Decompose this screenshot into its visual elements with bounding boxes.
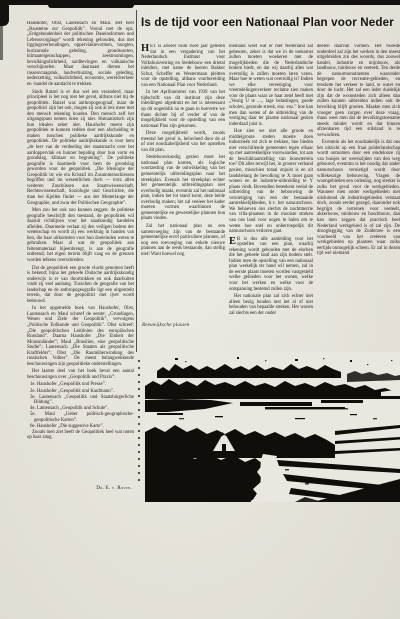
article-paragraph: Het nationale plan zal zich echter niet …: [229, 294, 313, 316]
article-column-1: HET is alweer ruim twee jaar geleden dat…: [141, 44, 225, 318]
list-item: 6e. Haushofer „Die suggestive Karte”.: [34, 424, 134, 430]
article-headline: Is de tijd voor een Nationaal Plan voor …: [141, 12, 400, 36]
article-paragraph: Zal het nationaal plan nu een samenvoegi…: [141, 224, 225, 257]
landscape-photo-art: [145, 352, 400, 502]
article-paragraph: Evenmin als het noodzakelijk is dat ons …: [317, 140, 400, 256]
scan-corner-blot: [0, 0, 9, 26]
left-article-closing: Zooals men ziet heeft de Geopolitiek hee…: [27, 430, 134, 441]
author-signature: Dr. E. v. Roven.: [96, 486, 132, 492]
left-article-paragraph: Dat de geopolitiek een groote vlucht gen…: [27, 266, 134, 305]
drop-cap: H: [141, 44, 150, 53]
scan-edge-bump: [48, 5, 134, 8]
newspaper-page: Haushofer, Obst, Lautensach en Maul. Het…: [0, 0, 400, 619]
left-article-paragraph: Haushofer, Obst, Lautensach en Maul. Het…: [27, 21, 134, 88]
article-paragraph: Hoe zien we niet alle groote en middelgr…: [229, 129, 313, 234]
article-paragraph: deelen daarvan vormen. Het tweede onderd…: [317, 44, 400, 138]
photo-margin-marks: [138, 360, 140, 486]
list-item: 1e. Haushofer „Geopolitik und Presse”.: [34, 382, 134, 388]
list-item: 5e. Maul „Ueber politisch-geographische-…: [34, 412, 134, 423]
article-paragraph: Stedebouwkundig gezien moet het nationaa…: [141, 155, 225, 222]
left-article-paragraph: Sinds Ratzel is er dus wel iets verander…: [27, 90, 134, 206]
column-rule: [136, 10, 137, 352]
article-paragraph: HET is alweer ruim twee jaar geleden dat…: [141, 44, 225, 88]
list-item: 2e. Haushofer „Geopolitik und Kaufmann”.: [34, 389, 134, 395]
list-item: 4e. Lautensach „Geopolitik und Schule”.: [34, 406, 134, 412]
drop-cap: E: [229, 237, 237, 246]
list-item: 3e. Lautensach „Geopolitik und Staatsbür…: [34, 395, 134, 406]
article-paragraph: ER is dus alle aanleiding voor het opste…: [229, 237, 313, 292]
photo-caption: Reeuwijksche plassen: [142, 323, 189, 328]
left-article-book-list: 1e. Haushofer „Geopolitik und Presse”. 2…: [27, 382, 134, 429]
left-article-paragraph: In het opgemelde boek van Haushofer, Obs…: [27, 306, 134, 367]
article-paragraph: In het Aprilnummer van 1938 van het tijd…: [141, 90, 225, 129]
article-column-2: niemand weet wat er met Nederland zal ge…: [229, 44, 313, 318]
article-paragraph: Deze mogelijkheid wordt, zooals meestal …: [141, 131, 225, 153]
left-article-paragraph: Het laatste deel van het boek bevat een …: [27, 369, 134, 380]
landscape-photo: [145, 352, 400, 502]
article-column-3: deelen daarvan vormen. Het tweede onderd…: [317, 44, 400, 318]
left-article-column: Haushofer, Obst, Lautensach en Maul. Het…: [27, 21, 134, 493]
scan-left-streak: [0, 26, 3, 60]
left-article-paragraph: Men zou het ook zoo kunnen zeggen: de po…: [27, 208, 134, 263]
article-paragraph: niemand weet wat er met Nederland zal ge…: [229, 44, 313, 127]
